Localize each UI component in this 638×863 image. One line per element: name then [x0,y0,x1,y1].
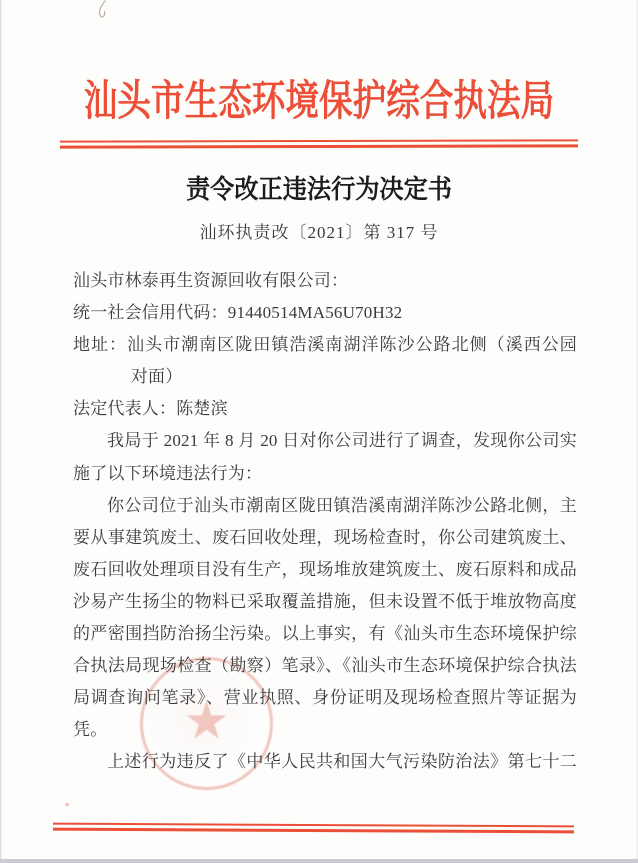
body-text-line: 地址：汕头市潮南区陇田镇浩溪南湖洋陈沙公路北侧（溪西公园 [73,329,577,361]
body-text-line: 施了以下环境违法行为： [73,458,577,490]
body-text-line: 的严密围挡防治扬尘污染。以上事实，有《汕头市生态环境保护综 [73,618,577,650]
body-text-line: 上述行为违反了《中华人民共和国大气污染防治法》第七十二 [73,746,577,778]
scanned-document-page: 汕头市生态环境保护综合执法局 责令改正违法行为决定书 汕环执责改〔2021〕第 … [0,0,638,863]
body-text-line: 法定代表人：陈楚滨 [73,393,577,425]
body-text-line: 沙易产生扬尘的物料已采取覆盖措施，但未设置不低于堆放物高度 [73,586,577,618]
body-text-line: 你公司位于汕头市潮南区陇田镇浩溪南湖洋陈沙公路北侧，主 [73,490,577,522]
body-text-line: 局调查询问笔录》、营业执照、身份证明及现场检查照片等证据为 [73,682,577,714]
red-footer-rule [53,823,574,834]
body-text-line: 汕头市林泰再生资源回收有限公司： [73,265,577,297]
body-text-line: 要从事建筑废土、废石回收处理，现场检查时，你公司建筑废土、 [73,522,577,554]
body-text-line: 凭。 [73,714,577,746]
red-ink-speck [65,803,69,806]
red-header-rule [60,139,578,148]
body-text-line: 统一社会信用代码：91440514MA56U70H32 [73,297,577,329]
document-title: 责令改正违法行为决定书 [22,169,615,206]
document-number: 汕环执责改〔2021〕第 317 号 [0,218,638,243]
body-text-line: 对面） [73,361,577,393]
agency-header: 汕头市生态环境保护综合执法局 [64,74,574,131]
body-text-line: 废石回收处理项目没有生产，现场堆放建筑废土、废石原料和成品 [73,554,577,586]
scan-edge-left [0,0,2,863]
body-text-line: 合执法局现场检查（勘察）笔录》、《汕头市生态环境保护综合执法 [73,650,577,682]
document-body: 汕头市林泰再生资源回收有限公司：统一社会信用代码：91440514MA56U70… [73,265,577,779]
scan-edge-bottom [0,859,638,863]
body-text-line: 我局于 2021 年 8 月 20 日对你公司进行了调查，发现你公司实 [73,425,577,457]
pen-mark [88,0,118,22]
